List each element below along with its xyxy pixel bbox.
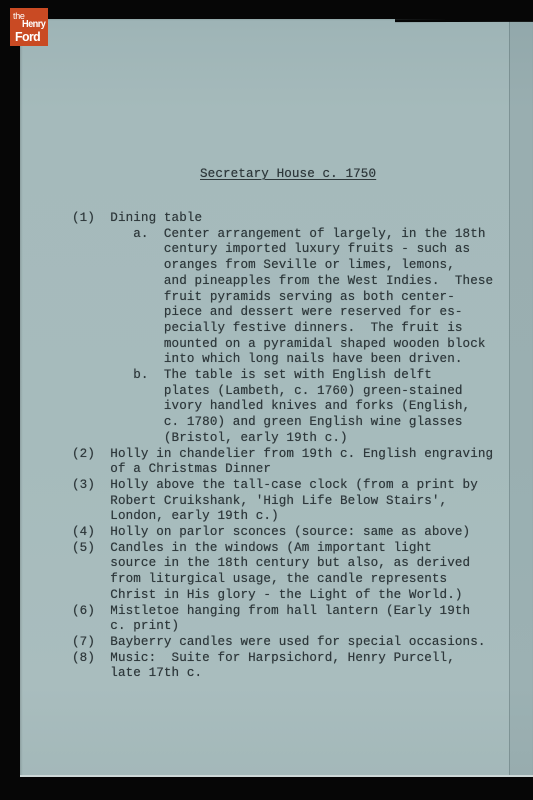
logo-word-ford: Ford (15, 29, 40, 44)
scanned-document: Secretary House c. 1750 (1) Dining table… (0, 0, 533, 800)
document-body-text: (1) Dining table a. Center arrangement o… (72, 211, 493, 682)
scan-edge-artifact (395, 19, 533, 22)
henry-ford-logo: the Henry Ford (10, 8, 48, 46)
document-title: Secretary House c. 1750 (200, 167, 376, 181)
page-fold-shading (510, 19, 533, 777)
page-crease-line (509, 19, 510, 777)
